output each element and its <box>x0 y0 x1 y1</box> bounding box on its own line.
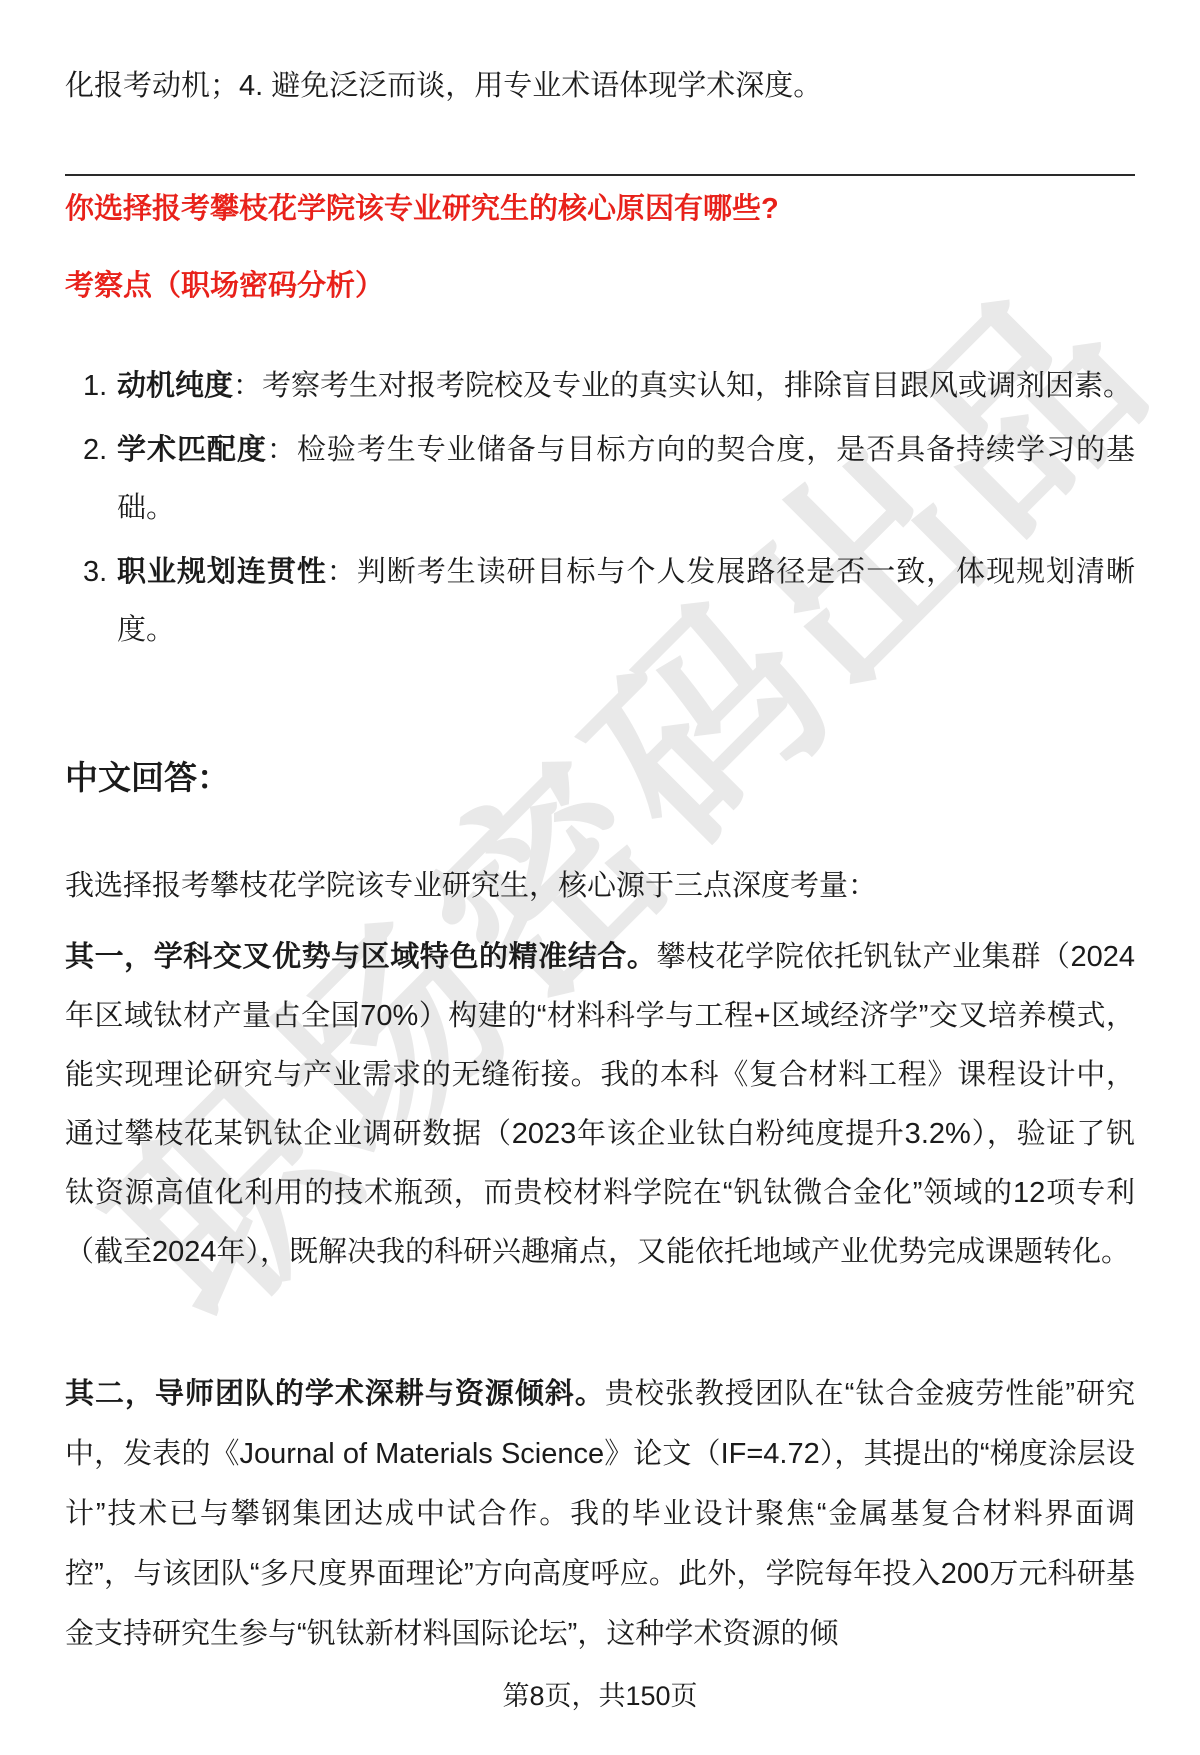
paragraph-lead: 其二，导师团队的学术深耕与资源倾斜。 <box>65 1378 605 1410</box>
page-number-footer: 第8页，共150页 <box>65 1676 1135 1716</box>
answer-paragraph-2: 其二，导师团队的学术深耕与资源倾斜。贵校张教授团队在“钛合金疲劳性能”研究中，发… <box>65 1364 1135 1664</box>
section-divider <box>65 174 1135 176</box>
carryover-paragraph: 化报考动机；4. 避免泛泛而谈，用专业术语体现学术深度。 <box>65 56 1135 116</box>
paragraph-body: 攀枝花学院依托钒钛产业集群（2024年区域钛材产量占全国70%）构建的“材料科学… <box>65 941 1135 1268</box>
answer-paragraph-1: 其一，学科交叉优势与区域特色的精准结合。攀枝花学院依托钒钛产业集群（2024年区… <box>65 928 1135 1282</box>
paragraph-lead: 其一，学科交叉优势与区域特色的精准结合。 <box>65 941 656 973</box>
list-item-term: 职业规划连贯性 <box>117 556 327 588</box>
paragraph-body: 贵校张教授团队在“钛合金疲劳性能”研究中，发表的《Journal of Mate… <box>65 1378 1135 1650</box>
list-item-number: 2. <box>65 421 117 537</box>
list-item-text: 学术匹配度：检验考生专业储备与目标方向的契合度，是否具备持续学习的基础。 <box>117 421 1135 537</box>
list-item: 3. 职业规划连贯性：判断考生读研目标与个人发展路径是否一致，体现规划清晰度。 <box>65 543 1135 659</box>
list-item-text: 职业规划连贯性：判断考生读研目标与个人发展路径是否一致，体现规划清晰度。 <box>117 543 1135 659</box>
list-item-term: 动机纯度 <box>117 370 233 402</box>
chinese-answer-heading: 中文回答： <box>65 752 1135 804</box>
exam-points-list: 1. 动机纯度：考察考生对报考院校及专业的真实认知，排除盲目跟风或调剂因素。 2… <box>65 357 1135 665</box>
list-item-text: 动机纯度：考察考生对报考院校及专业的真实认知，排除盲目跟风或调剂因素。 <box>117 357 1135 415</box>
list-item: 1. 动机纯度：考察考生对报考院校及专业的真实认知，排除盲目跟风或调剂因素。 <box>65 357 1135 415</box>
answer-intro-paragraph: 我选择报考攀枝花学院该专业研究生，核心源于三点深度考量： <box>65 856 1135 916</box>
exam-point-heading: 考察点（职场密码分析） <box>65 256 1135 316</box>
document-page: 职场密码出品 化报考动机；4. 避免泛泛而谈，用专业术语体现学术深度。 你选择报… <box>0 0 1200 1755</box>
list-item-number: 3. <box>65 543 117 659</box>
list-item: 2. 学术匹配度：检验考生专业储备与目标方向的契合度，是否具备持续学习的基础。 <box>65 421 1135 537</box>
list-item-desc: ：检验考生专业储备与目标方向的契合度，是否具备持续学习的基础。 <box>117 434 1135 524</box>
question-title: 你选择报考攀枝花学院该专业研究生的核心原因有哪些? <box>65 179 1135 239</box>
list-item-term: 学术匹配度 <box>117 434 267 466</box>
list-item-number: 1. <box>65 357 117 415</box>
list-item-desc: ：考察考生对报考院校及专业的真实认知，排除盲目跟风或调剂因素。 <box>233 370 1132 402</box>
